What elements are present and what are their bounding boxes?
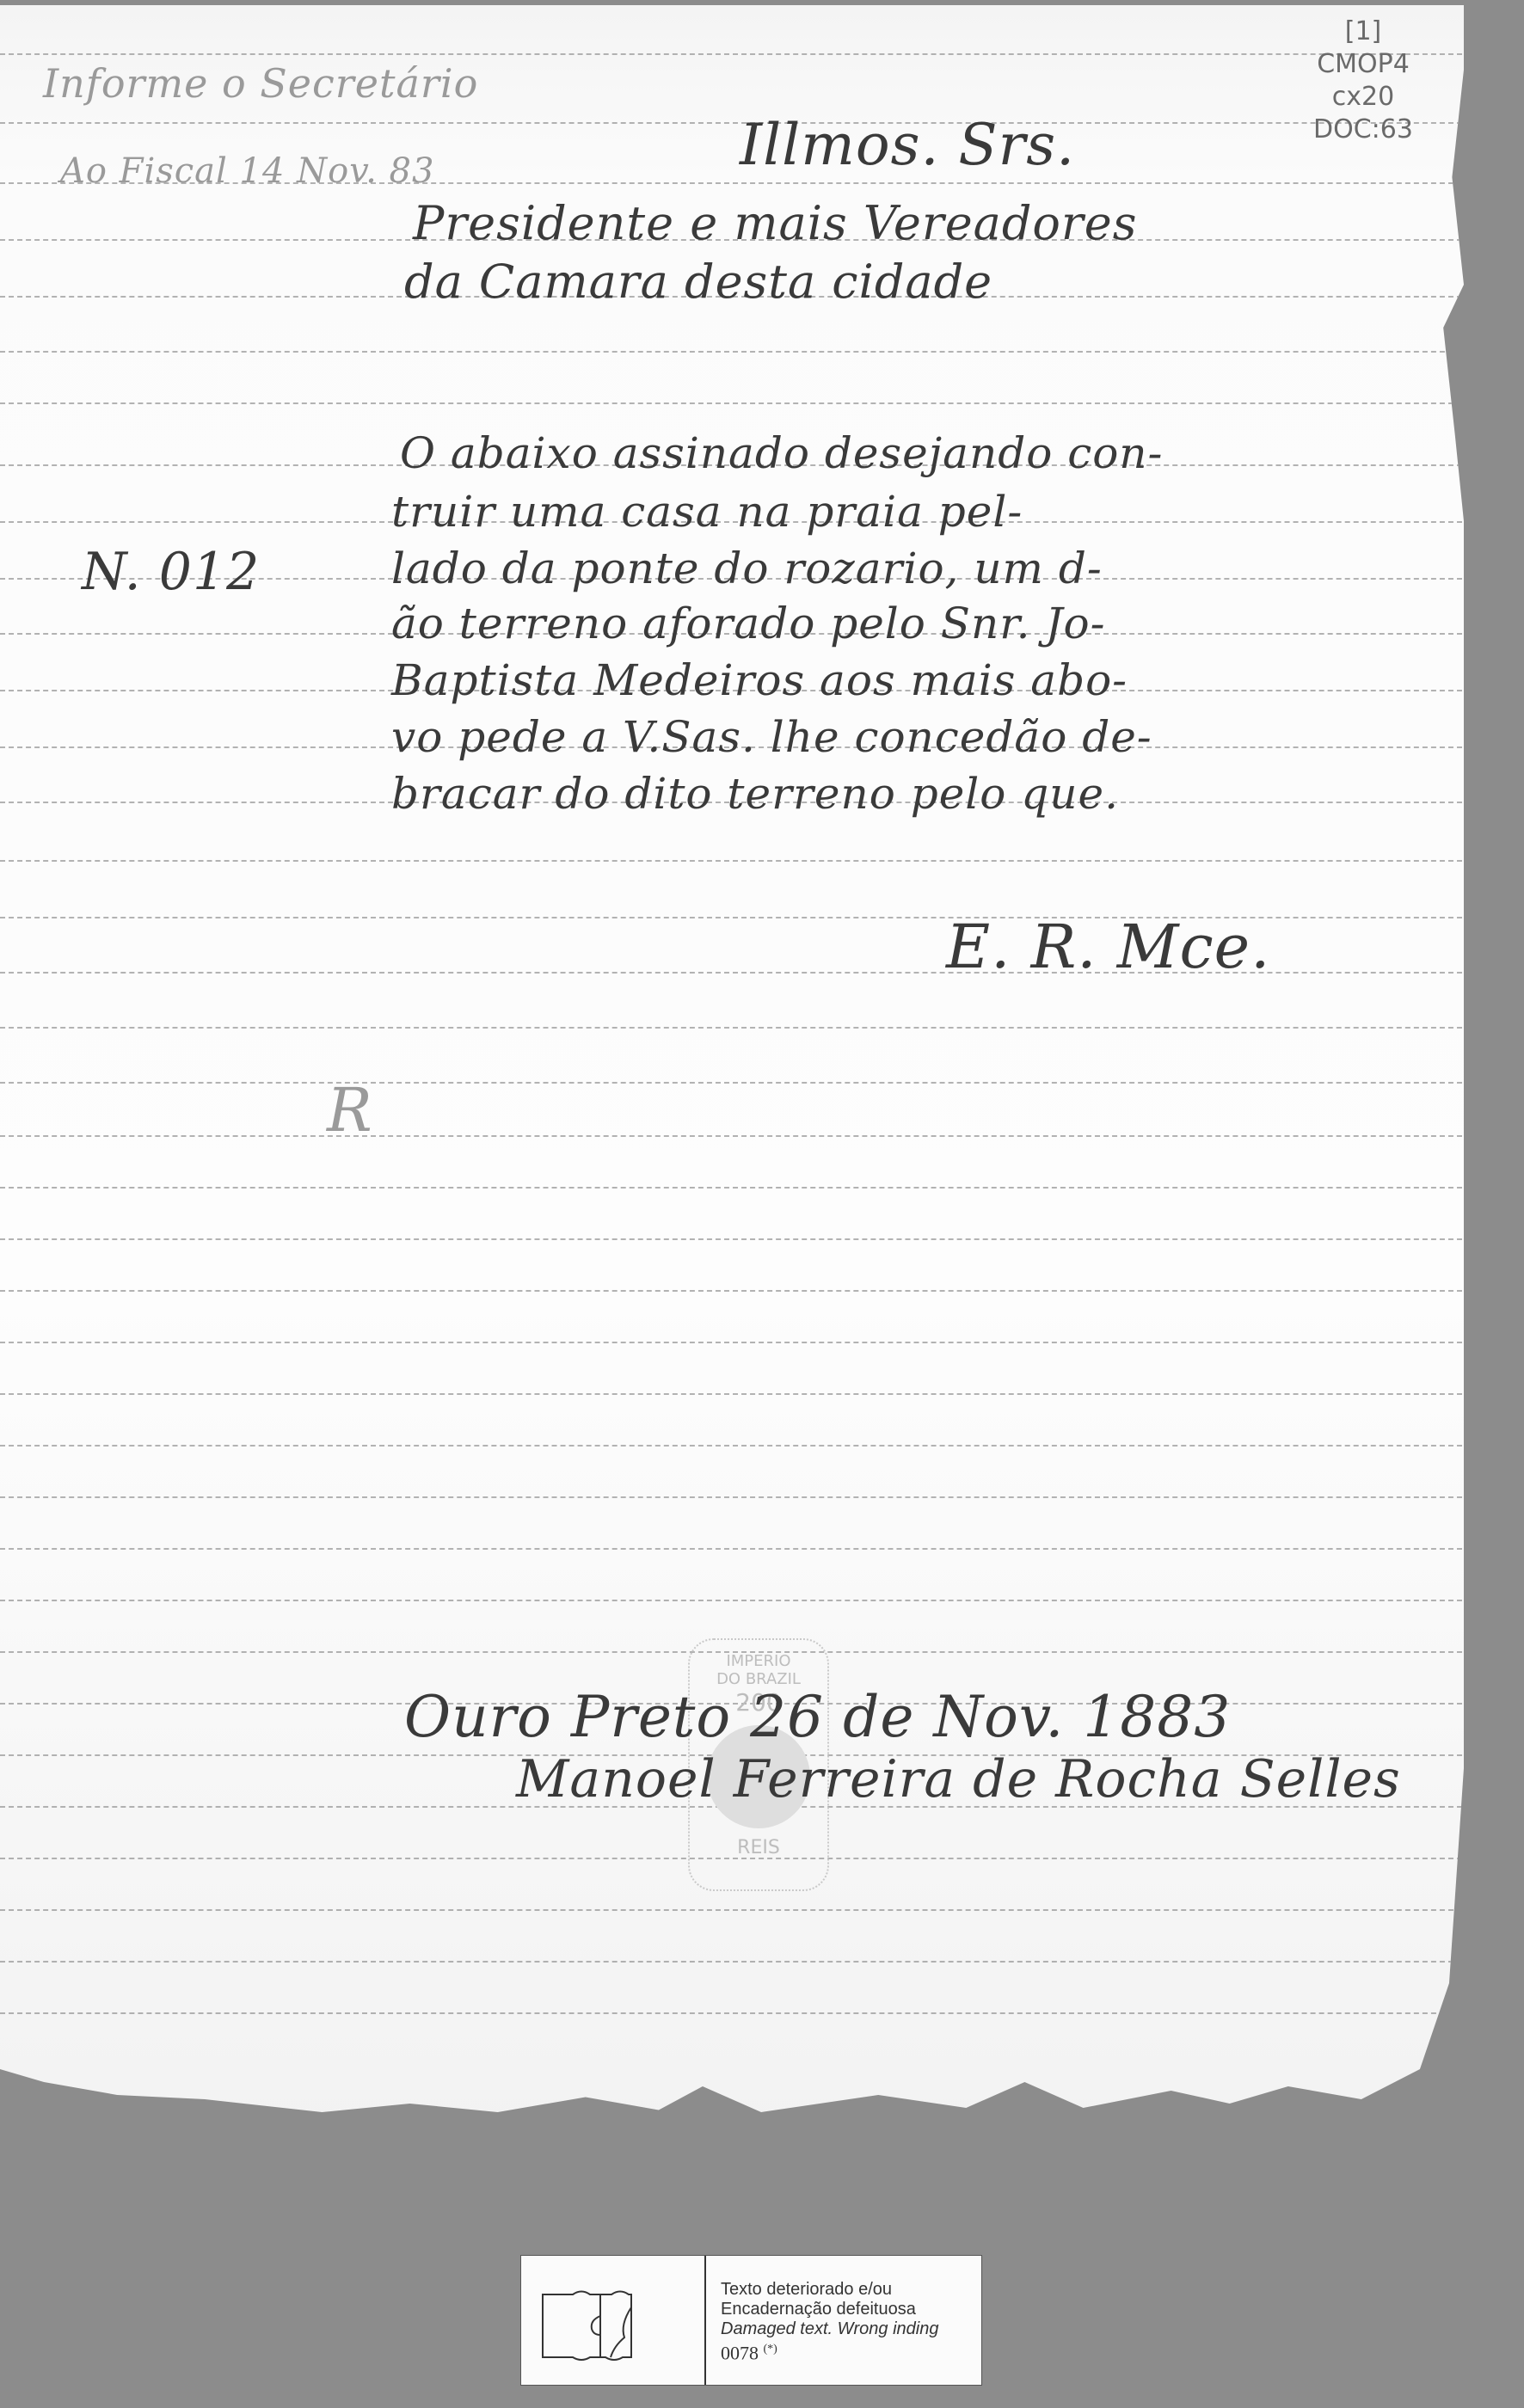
- label-code: 0078 (*): [721, 2339, 938, 2362]
- archive-note-line: DOC:63: [1277, 114, 1449, 146]
- ruled-line: [0, 1135, 1462, 1137]
- margin-note-line: Ao Fiscal 14 Nov. 83: [60, 151, 434, 191]
- body-line: ão terreno aforado pelo Snr. Jo-: [391, 599, 1106, 648]
- ruled-line: [0, 1082, 1462, 1084]
- ruled-line: [0, 1909, 1462, 1911]
- label-code-number: 0078: [721, 2342, 759, 2363]
- label-pt-line: Encadernação defeituosa: [721, 2300, 938, 2319]
- ruled-line: [0, 2012, 1462, 2014]
- stamp-line: IMPERIO: [690, 1652, 827, 1670]
- body-line: lado da ponte do rozario, um d-: [391, 544, 1103, 593]
- place-date: Ouro Preto 26 de Nov. 1883: [404, 1684, 1231, 1750]
- marginal-number: N. 012: [82, 542, 260, 602]
- faint-initial: R: [327, 1075, 373, 1146]
- ruled-line: [0, 1238, 1462, 1240]
- stamp-unit: REIS: [690, 1837, 827, 1858]
- label-pt-line: Texto deteriorado e/ou: [721, 2280, 938, 2300]
- archive-reference-note: [1] CMOP4 cx20 DOC:63: [1277, 15, 1449, 146]
- ruled-line: [0, 53, 1462, 55]
- margin-note-line: Informe o Secretário: [43, 60, 478, 107]
- ruled-line: [0, 402, 1462, 404]
- ruled-line: [0, 1496, 1462, 1498]
- label-en-line: Damaged text. Wrong inding: [721, 2319, 938, 2339]
- ruled-line: [0, 351, 1462, 353]
- archive-note-line: CMOP4: [1277, 48, 1449, 81]
- label-code-mark: (*): [764, 2343, 777, 2356]
- body-line: bracar do dito terreno pelo que.: [391, 769, 1119, 819]
- damaged-book-icon: [521, 2256, 704, 2385]
- ruled-line: [0, 1342, 1462, 1343]
- body-line: O abaixo assinado desejando con-: [400, 428, 1163, 478]
- body-line: vo pede a V.Sas. lhe concedão de-: [391, 712, 1152, 762]
- ruled-line: [0, 860, 1462, 862]
- body-line: truir uma casa na praia pel-: [391, 487, 1023, 537]
- addressee-line: Presidente e mais Vereadores: [413, 196, 1137, 250]
- ruled-line: [0, 1027, 1462, 1029]
- label-icon-cell: [521, 2256, 706, 2385]
- salutation: Illmos. Srs.: [740, 112, 1075, 178]
- ruled-line: [0, 1961, 1462, 1963]
- ruled-line: [0, 1600, 1462, 1601]
- microfilm-damage-label: Texto deteriorado e/ou Encadernação defe…: [520, 2255, 982, 2386]
- addressee-line: da Camara desta cidade: [404, 255, 992, 309]
- closing-formula: E. R. Mce.: [946, 912, 1270, 982]
- ruled-line: [0, 1445, 1462, 1447]
- ruled-line: [0, 122, 1462, 124]
- ruled-line: [0, 1548, 1462, 1550]
- signature: Manoel Ferreira de Rocha Selles: [516, 1749, 1401, 1809]
- body-line: Baptista Medeiros aos mais abo-: [391, 655, 1128, 705]
- ruled-line: [0, 1290, 1462, 1292]
- ruled-line: [0, 1393, 1462, 1395]
- archive-note-line: cx20: [1277, 81, 1449, 114]
- label-text: Texto deteriorado e/ou Encadernação defe…: [721, 2280, 938, 2362]
- archive-note-line: [1]: [1277, 15, 1449, 48]
- ruled-line: [0, 1187, 1462, 1189]
